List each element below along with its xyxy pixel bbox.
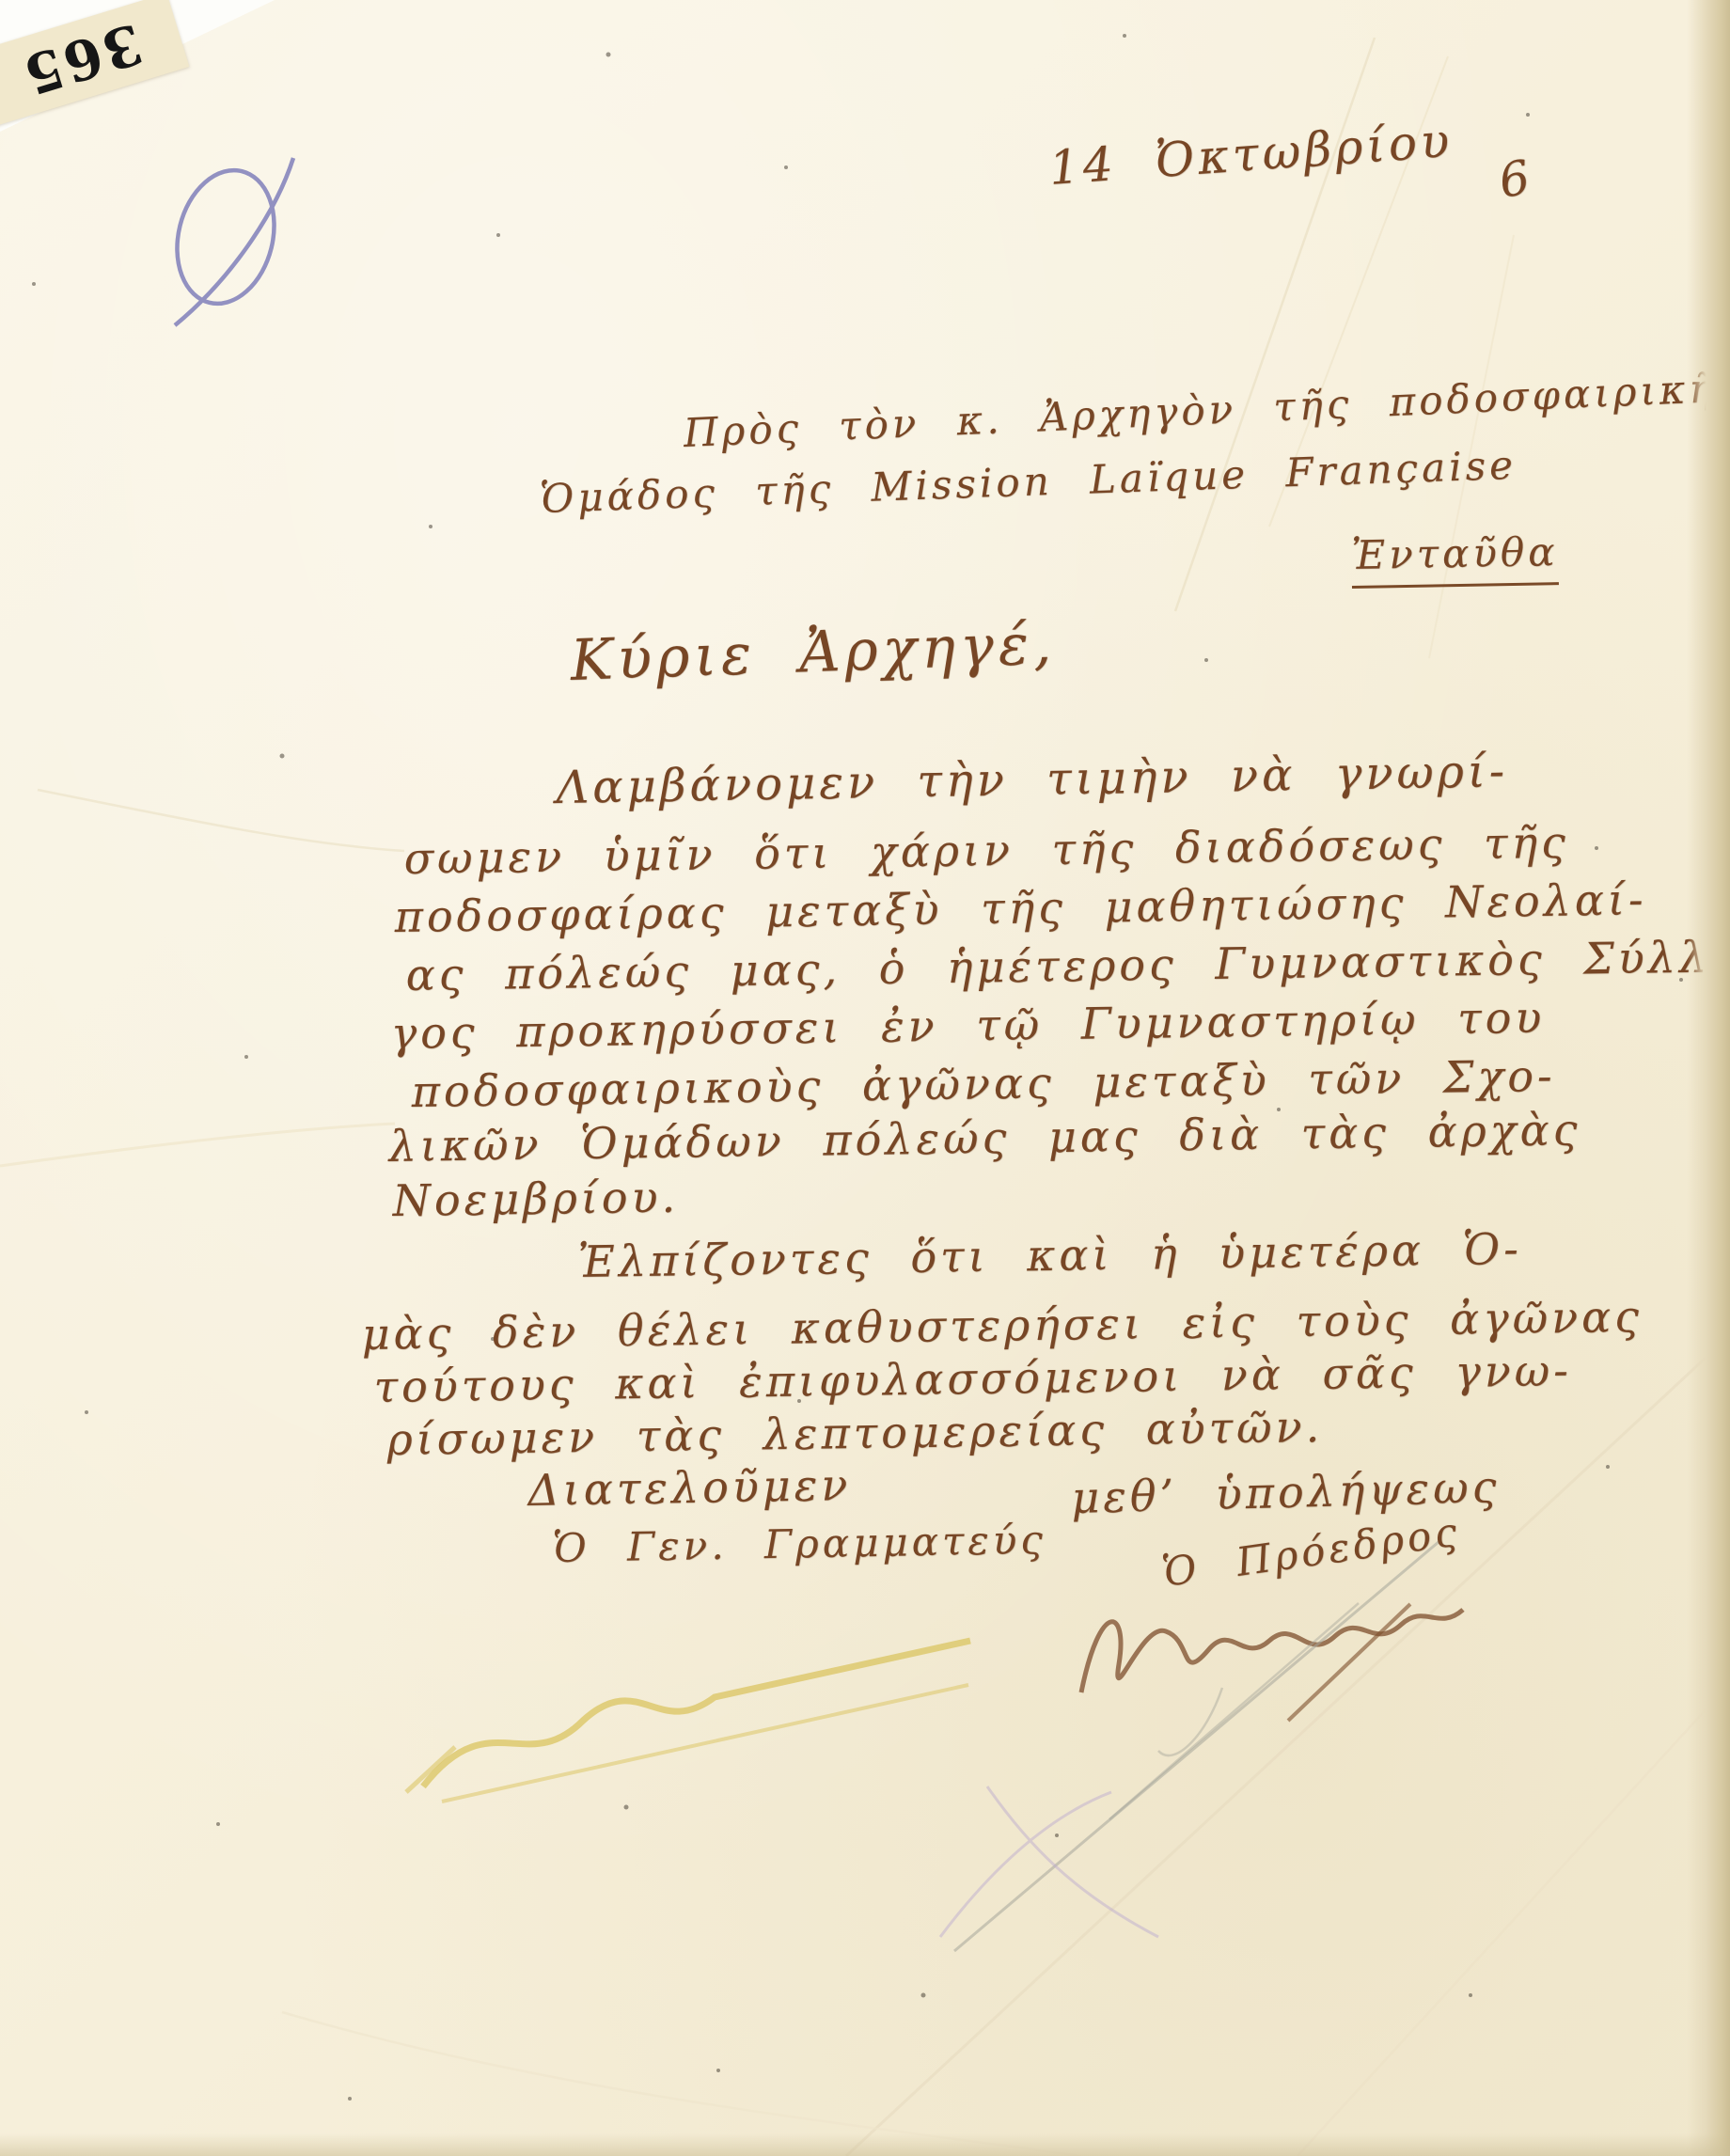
page-edge-right (1687, 0, 1730, 2156)
closing-line-left: Διατελοῦμεν (527, 1459, 852, 1516)
secretary-title: Ὁ Γεν. Γραμματεύς (552, 1517, 1046, 1571)
body-line: Νοεμβρίου. (392, 1172, 679, 1226)
page-edge-bottom (0, 2133, 1730, 2156)
recipient-line-3: Ἐνταῦθα (1351, 528, 1559, 589)
